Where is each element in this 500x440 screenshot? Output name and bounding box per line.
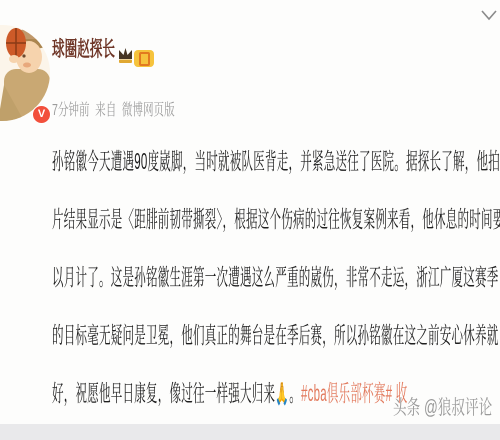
body-line: 片结果显示是〈距腓前韧带撕裂〉，根据这个伤病的过往恢复案例来看，他休息的时间要	[52, 190, 492, 248]
vip-crown-icon[interactable]	[116, 46, 135, 71]
post-source-link[interactable]: 微博网页版	[122, 102, 175, 119]
vip-level-badge-icon[interactable]	[134, 50, 154, 67]
post-timestamp[interactable]: 7分钟前	[52, 102, 90, 119]
verified-v-icon: V	[32, 105, 51, 124]
praying-hands-emoji: 🙏	[275, 381, 289, 406]
watermark-text: 头条 @狼叔评论	[393, 391, 492, 420]
post-from-label: 来自	[95, 102, 116, 119]
weibo-post-card: V 球圈赵探长 7分钟前 来自 微博网页版 孙铭徽今天遭遇90度崴脚，当时就被队…	[0, 0, 500, 440]
body-line-text: 好，祝愿他早日康复，像过往一样强大归来	[52, 380, 275, 406]
body-line: 孙铭徽今天遭遇90度崴脚，当时就被队医背走，并紧急送往了医院。据探长了解，他拍	[52, 132, 492, 190]
hashtag-link[interactable]: #cba俱乐部杯赛#	[301, 380, 392, 406]
post-body-text: 孙铭徽今天遭遇90度崴脚，当时就被队医背走，并紧急送往了医院。据探长了解，他拍 …	[52, 132, 492, 422]
body-line: 的目标毫无疑问是卫冕，他们真正的舞台是在季后赛，所以孙铭徽在这之前安心休养就	[52, 306, 492, 364]
author-username[interactable]: 球圈赵探长	[52, 33, 115, 63]
card-bottom-divider	[0, 424, 500, 440]
chevron-down-icon[interactable]	[481, 8, 497, 26]
body-line: 以月计了。这是孙铭徽生涯第一次遭遇这么严重的崴伤，非常不走运，浙江广厦这赛季	[52, 248, 492, 306]
post-meta: 7分钟前 来自 微博网页版	[52, 97, 177, 120]
vip-level-glyph	[139, 52, 150, 66]
body-line-period: 。	[289, 380, 301, 406]
